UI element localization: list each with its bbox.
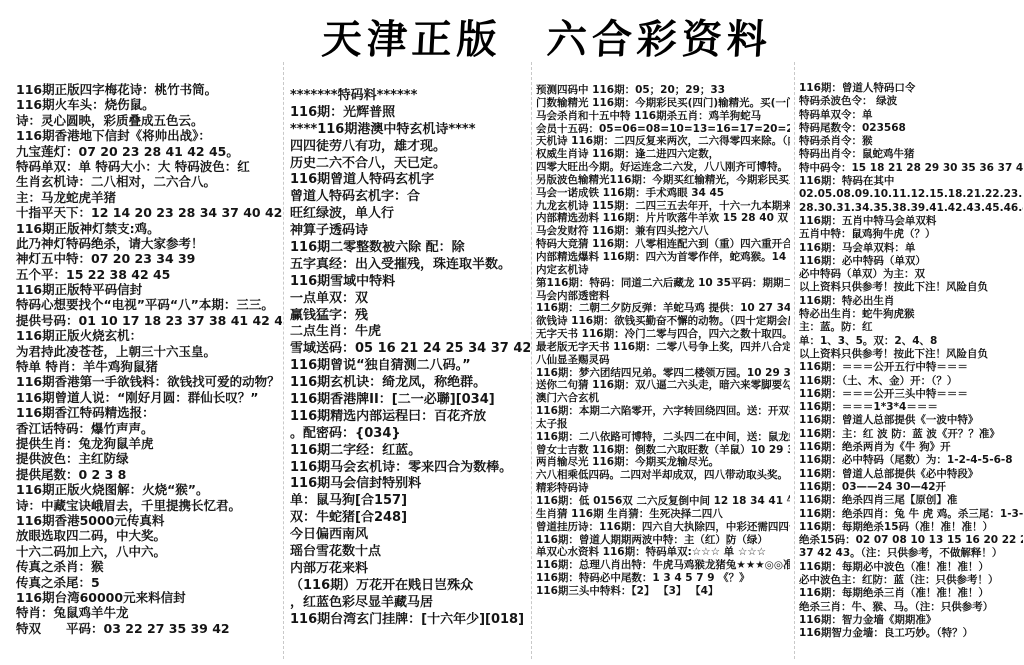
text-line: 六八相乘低四码。二四对半却成双，四八带动取头奖。	[536, 469, 790, 482]
text-line: 放眼选取四二码，中大奖。	[16, 528, 282, 543]
text-line: 116期：曾道人期期两波中特：主（红）防（绿）	[536, 534, 790, 547]
text-line: 内部精选劲料 116期：片片吹落牛羊欢 15 28 40 双 蛇鸡	[536, 212, 790, 225]
text-line: 116期马会玄机诗：零来四合为数棒。	[290, 460, 530, 477]
text-line: 116期：梦六团结四兄弟。零四二楼领万园。10 29 35	[536, 367, 790, 380]
text-line: 116期：＝＝＝公开五行中特＝＝＝	[799, 361, 1023, 374]
text-line: 116期香港5000元传真料	[16, 513, 282, 528]
text-line: 116期：智力金墙《期期准》	[799, 614, 1023, 627]
text-line: 02.05.08.09.10.11.12.15.18.21.22.23.24	[799, 188, 1023, 201]
text-line: 送你二句猜 116期：双八逼二六头走，暗六来零脚要勾。牛虎	[536, 379, 790, 392]
text-line: 门数输精光 116期：今期彩民买(四门)输精光。买(一门,二门)中	[536, 97, 790, 110]
text-line: *******特码料******	[290, 88, 530, 105]
text-line: 116期：绝杀四肖：兔 牛 虎 鸡。杀三尾：1-3-8。[开？]	[799, 508, 1023, 521]
text-line: 九宝莲灯：07 20 23 28 41 42 45。	[16, 144, 282, 159]
text-line: 提供生肖：兔龙狗鼠羊虎	[16, 436, 282, 451]
text-line: 九龙玄机诗 115期：二四三五去年开，十六一九本期来（羊蛇鸡狗）	[536, 200, 790, 213]
text-line: 116期：（土、木、金）开：（？）	[799, 375, 1023, 388]
text-line: 116期：绝杀四肖三尾【原创】准	[799, 494, 1023, 507]
text-line: 必中特码（单双）为主：双	[799, 268, 1023, 281]
text-line: 历史二六不合八，天已定。	[290, 156, 530, 173]
page-title: 天津正版 六合彩资料	[0, 8, 1024, 65]
text-line: 116期：每期绝杀15码（准！准！准！）	[799, 521, 1023, 534]
text-line: 116期曾道人特码玄机字	[290, 172, 530, 189]
text-line: 116期：曾道人特码口令	[799, 82, 1023, 95]
column-center-right: 预测四码中 116期：05；20；29；33门数输精光 116期：今期彩民买(四…	[536, 84, 790, 598]
text-line: 特码大竞猜 116期：八零相连配六到（重）四六重开合二码	[536, 238, 790, 251]
text-line: 116期曾说“独自猜测二八码。”	[290, 358, 530, 375]
text-line: 诗：中藏宝诀峨眉去，千里提携长忆君。	[16, 498, 282, 513]
text-line: 欲钱诗 116期：欲钱买勤奋不懈的动物。（四十定期会出现）	[536, 315, 790, 328]
text-line: 提供尾数：0 2 3 8	[16, 467, 282, 482]
text-line: 特单 特肖：羊牛鸡狗鼠猪	[16, 359, 282, 374]
text-line: 单：1、3、5。双：2、4、8	[799, 335, 1023, 348]
text-line: 116期：＝＝＝公开三头中特＝＝＝	[799, 388, 1023, 401]
text-line: 必中波色主：红防：蓝（注：只供参考！）	[799, 574, 1023, 587]
text-line: 单双心水资料 116期：特码单双:☆☆☆ 单 ☆☆☆	[536, 546, 790, 559]
text-line: 116期正版特平码信封	[16, 282, 282, 297]
text-line: 天机诗 116期：二四反复来两次，二六得零四来除。（内中有玄机）	[536, 135, 790, 148]
text-line: 116期：＝＝＝1*3*4＝＝＝	[799, 401, 1023, 414]
text-line: 116期：特码在其中	[799, 175, 1023, 188]
text-line: 四四徒劳八有功，雄才现。	[290, 139, 530, 156]
text-line: 赢钱猛字：残	[290, 308, 530, 325]
text-line: 特码心想要找个“电视”平码“八”本期：三三。	[16, 297, 282, 312]
text-line: 五字真经：出入受摧残，珠连取半数。	[290, 257, 530, 274]
column-center-left: *******特码料******116期：光辉普照****116期港澳中特玄机诗…	[290, 88, 530, 629]
text-line: 116期：低 0156双 二六反复倒中间 12 18 34 41 牛鸡	[536, 495, 790, 508]
text-line: 116期：特必出生肖	[799, 295, 1023, 308]
text-line: 特肖：兔鼠鸡羊牛龙	[16, 605, 282, 620]
column-left: 116期正版四字梅花诗：桃竹书筒。116期火车头：烧伤鼠。诗：灵心圆映，彩质叠成…	[16, 82, 282, 636]
text-line: 传真之杀尾：5	[16, 575, 282, 590]
column-divider	[531, 62, 532, 659]
text-line: 生肖玄机诗：二八相对，二六合八。	[16, 174, 282, 189]
text-line: 116期台湾60000元来料信封	[16, 590, 282, 605]
text-line: 无字天书 116期：冷门二零与四合，四六之数十取四。猴33	[536, 328, 790, 341]
text-line: 116期玄机诀：绮龙凤，称绝群。	[290, 375, 530, 392]
text-line: 马会杀肖和十五中特 116期杀五肖：鸡羊狗蛇马	[536, 110, 790, 123]
text-line: 特码杀波色令： 绿波	[799, 95, 1023, 108]
text-line: 主：马龙蛇虎羊猪	[16, 190, 282, 205]
column-divider	[283, 62, 284, 659]
text-line: 116期曾道人说：“刚好月圆：群仙长叹？”	[16, 390, 282, 405]
text-line: 116期：主：红 波 防：蓝 波《开？？准》	[799, 428, 1023, 441]
text-line: 以上资料只供参考！按此下注！风险自负	[799, 348, 1023, 361]
text-line: 116期台湾玄门挂牌：[十六年少][018]	[290, 612, 530, 629]
text-line: 特必出生肖：蛇牛狗虎猴	[799, 308, 1023, 321]
text-line: 预测四码中 116期：05；20；29；33	[536, 84, 790, 97]
text-line: 116期正版火烧玄机：	[16, 328, 282, 343]
text-line: 曾女士吉数 116期：倒数二六取旺数（羊鼠）10 29 34 45	[536, 444, 790, 457]
text-line: 特码尾数令：023568	[799, 122, 1023, 135]
text-line: 28.30.31.34.35.38.39.41.42.43.45.46.49	[799, 202, 1023, 215]
text-line: 雪域送码：05 16 21 24 25 34 37 42	[290, 341, 530, 358]
text-line: （116期）万花开在贱日岂殊众	[290, 578, 530, 595]
text-line: 单：鼠马狗[合157]	[290, 493, 530, 510]
text-line: 提供号码：01 10 17 18 23 37 38 41 42 45。	[16, 313, 282, 328]
text-line: 116期：绝杀两肖为《牛 狗》开	[799, 441, 1023, 454]
text-line: 主：蓝。防：红	[799, 321, 1023, 334]
text-line: 曾道人特码玄机字：合	[290, 189, 530, 206]
text-line: 此乃神灯特码绝杀，请大家参考！	[16, 236, 282, 251]
text-line: 两肖输尽光 116期：今期买龙输尽光。	[536, 456, 790, 469]
text-line: 会员十五码：05=06=08=10=13=16=17=20=25=28=31=3…	[536, 123, 790, 136]
text-line: 以上资料只供参考！按此下注！风险自负	[799, 281, 1023, 294]
text-line: 马会发财符 116期：兼有四头挖六八	[536, 225, 790, 238]
text-line: ，红蓝色彩尽显羊藏马居	[290, 595, 530, 612]
text-line: 八仙显圣赐灵码	[536, 354, 790, 367]
column-right: 116期：曾道人特码口令特码杀波色令： 绿波特码单双令：单特码尾数令：02356…	[799, 82, 1023, 640]
text-line: 太子报	[536, 418, 790, 431]
text-line: 二点生肖：牛虎	[290, 324, 530, 341]
text-line: 116期：曾道人总部提供《一波中特》	[799, 414, 1023, 427]
text-line: 116期：每期绝杀三肖（准！准！准！）	[799, 587, 1023, 600]
text-line: 澳门六合玄机	[536, 392, 790, 405]
text-line: 116期香江特码精选报：	[16, 405, 282, 420]
text-line: 116期香港牌II：[二一必聯][034]	[290, 392, 530, 409]
text-line: 116期正版四字梅花诗：桃竹书筒。	[16, 82, 282, 97]
text-line: 116期：总理八肖出特：牛虎马鸡猴龙猪兔★★★◎◎准特	[536, 559, 790, 572]
text-line: 116期雪域中特料	[290, 274, 530, 291]
text-line: 116期二零整数被六除 配：除	[290, 240, 530, 257]
lottery-info-sheet: 天津正版 六合彩资料 116期正版四字梅花诗：桃竹书筒。116期火车头：烧伤鼠。…	[0, 0, 1024, 665]
text-line: 特中码令：15 18 21 28 29 30 35 36 37 42 44 47	[799, 162, 1023, 175]
text-line: 116期香港第一手欲钱料：欲钱找可爱的动物？	[16, 374, 282, 389]
text-line: 五肖中特：鼠鸡狗牛虎（？）	[799, 228, 1023, 241]
text-line: 116期二字经：红蓝。	[290, 443, 530, 460]
text-line: 116期：曾道人总部提供《必中特段》	[799, 468, 1023, 481]
text-line: 内部精选爆料 116期：四六为首零作伴，蛇鸡猴。14 25 38 双	[536, 251, 790, 264]
text-line: 。配密码：{034}	[290, 426, 530, 443]
text-line: 116期：03——24 30—42开	[799, 481, 1023, 494]
text-line: 神灯五中特：07 20 23 34 39	[16, 251, 282, 266]
text-line: 神算子透码诗	[290, 223, 530, 240]
text-line: 116期三头中特料：【2】 【3】 【4】	[536, 585, 790, 598]
text-line: 116期：每期必中波色（准！准！准！）	[799, 561, 1023, 574]
text-line: 曾道挂历诗：116期：四六自大执除四，中彩还需四四合。	[536, 521, 790, 534]
text-line: 马会内部透密料	[536, 290, 790, 303]
text-line: 116期：本期二六陷零开，六字转回绕四回。送：开双有玄机	[536, 405, 790, 418]
text-line: 116期：五肖中特马会单双料	[799, 215, 1023, 228]
text-line: 一点单双：双	[290, 291, 530, 308]
text-line: 双：牛蛇猪[合248]	[290, 510, 530, 527]
text-line: 特码出肖令：鼠蛇鸡牛猪	[799, 148, 1023, 161]
text-line: 内部万花来料	[290, 561, 530, 578]
text-line: 特码杀肖令：猴	[799, 135, 1023, 148]
text-line: 四零大旺出今期。好运连念二六发，八八刚齐可博特。	[536, 161, 790, 174]
column-divider	[794, 62, 795, 659]
text-line: 诗：灵心圆映，彩质叠成五色云。	[16, 113, 282, 128]
text-line: 精彩特码诗	[536, 482, 790, 495]
text-line: 五个平：15 22 38 42 45	[16, 267, 282, 282]
text-line: 传真之杀肖：猴	[16, 559, 282, 574]
text-line: 116期：必中特码（尾数）为：1-2-4-5-6-8	[799, 454, 1023, 467]
text-line: 十指平天下：12 14 20 23 28 34 37 40 42 45。	[16, 205, 282, 220]
text-line: 内定玄机诗	[536, 264, 790, 277]
text-line: 十六二码加上六，八中六。	[16, 544, 282, 559]
text-line: 116期：二朝二夕防反弹：羊蛇马鸡 提供：10 27 34 45	[536, 302, 790, 315]
text-line: 马会一诺成铁 116期：手术鸡眼 34 45	[536, 187, 790, 200]
text-line: 116期：二八依路可博特，二头四二在中间，送：鼠龙蛇鸡	[536, 431, 790, 444]
text-line: 另版波色输精光116期：今期买红输精光，今期彩民买主绿防蓝中。	[536, 174, 790, 187]
text-line: 绝杀三肖：牛、猴、马。（注：只供参考）	[799, 601, 1023, 614]
text-line: 116期马会信封特别料	[290, 476, 530, 493]
text-line: 权威生肖诗 116期：逢二进四六定数，	[536, 148, 790, 161]
text-line: 瑶台雪花数十点	[290, 544, 530, 561]
text-line: 116期：光辉普照	[290, 105, 530, 122]
text-line: 116期正版火烧图解：火烧“猴”。	[16, 482, 282, 497]
text-line: 今日偏西南风	[290, 527, 530, 544]
text-line: 第116期：特码：同道二六后藏龙 10 35平码：期期二八特留意17 34	[536, 277, 790, 290]
text-line: 116期：马会单双料：单	[799, 242, 1023, 255]
text-line: ****116期港澳中特玄机诗****	[290, 122, 530, 139]
text-line: 116期香港地下信封《将帅出战》：	[16, 128, 282, 143]
text-line: 116期智力金墙：良工巧妙。（特？）	[799, 627, 1023, 640]
text-line: 特双 平码：03 22 27 35 39 42	[16, 621, 282, 636]
text-line: 特码单双令：单	[799, 109, 1023, 122]
text-line: 绝杀15码：02 07 08 10 13 15 16 20 22 25 26 3…	[799, 534, 1023, 547]
text-line: 提供波色：主红防绿	[16, 451, 282, 466]
text-line: 特码单双：单 特码大小：大 特码波色：红	[16, 159, 282, 174]
text-line: 旺红绿波，单人行	[290, 206, 530, 223]
text-line: 116期：必中特码（单双）	[799, 255, 1023, 268]
text-line: 最老版无字天书 116期：二零八号争上奖，四并八合定中彩。蛇12	[536, 341, 790, 354]
text-line: 116期正版神灯禁支:鸡。	[16, 221, 282, 236]
text-line: 生肖猜 116期 生肖猜：生死决择二四八	[536, 508, 790, 521]
text-line: 116期火车头：烧伤鼠。	[16, 97, 282, 112]
text-line: 香江话特码：爆竹声声。	[16, 421, 282, 436]
text-line: 37 42 43。（注：只供参考，不做解释！）	[799, 547, 1023, 560]
text-line: 116期：特码必中尾数：1 3 4 5 7 9 《？》	[536, 572, 790, 585]
text-line: 116期精选内部运程曰：百花齐放	[290, 409, 530, 426]
text-line: 为君持此凌苍苍，上朝三十六玉皇。	[16, 344, 282, 359]
